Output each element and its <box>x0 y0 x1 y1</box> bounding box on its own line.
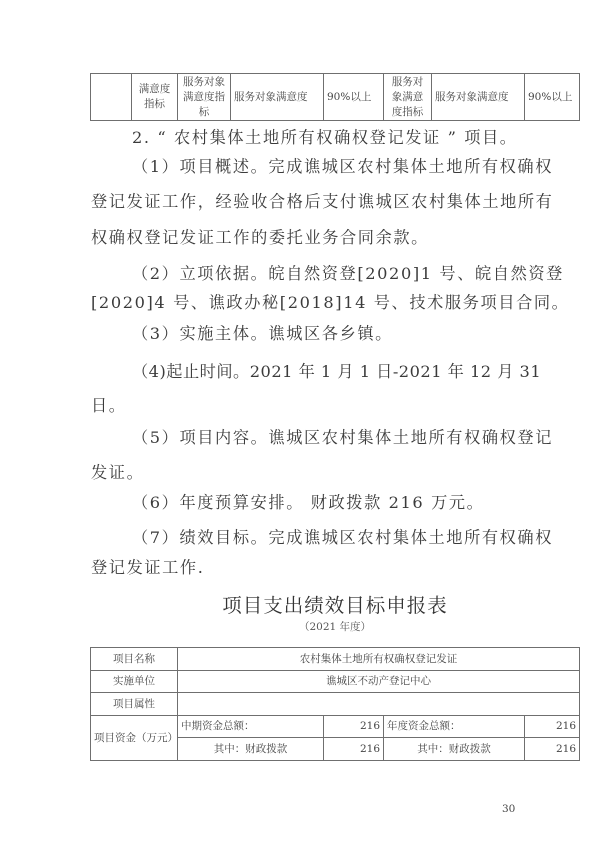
paragraph-line: （3）实施主体。谯城区各乡镇。 <box>132 320 393 344</box>
unit-label: 实施单位 <box>91 671 178 693</box>
annual-fiscal-value: 216 <box>525 738 580 761</box>
table-cell <box>91 74 132 121</box>
annual-total-value: 216 <box>525 716 580 738</box>
paragraph-line: （2）立项依据。皖自然资登[2020]1 号、皖自然资登 <box>132 260 564 284</box>
project-name-value: 农村集体土地所有权确权登记发证 <box>178 648 580 671</box>
paragraph-line: （5）项目内容。谯城区农村集体土地所有权确权登记 <box>132 424 553 448</box>
table-cell: 服务对象满意度指标 <box>178 74 231 121</box>
table-cell: 服务对象满意度 <box>432 74 525 121</box>
paragraph-line: 登记发证工作，经验收合格后支付谯城区农村集体土地所有 <box>91 188 553 212</box>
midterm-total-label: 中期资金总额： <box>178 716 324 738</box>
midterm-fiscal-value: 216 <box>324 738 384 761</box>
table-row: 项目属性 <box>91 693 580 716</box>
table-cell: 服务对象满意度 <box>231 74 324 121</box>
paragraph-line: 发证。 <box>91 459 144 483</box>
form-subtitle: （2021 年度） <box>0 619 600 634</box>
attribute-label: 项目属性 <box>91 693 178 716</box>
attribute-value <box>178 693 580 716</box>
table-row: 项目资金（万元） 中期资金总额： 216 年度资金总额： 216 <box>91 716 580 738</box>
performance-target-table: 项目名称 农村集体土地所有权确权登记发证 实施单位 谯城区不动产登记中心 项目属… <box>90 647 580 761</box>
form-title: 项目支出绩效目标申报表 <box>0 590 600 618</box>
paragraph-line: （4)起止时间。2021 年 1 月 1 日-2021 年 12 月 31 <box>132 358 541 382</box>
table-cell: 90%以上 <box>525 74 580 121</box>
project-name-label: 项目名称 <box>91 648 178 671</box>
unit-value: 谯城区不动产登记中心 <box>178 671 580 693</box>
midterm-total-value: 216 <box>324 716 384 738</box>
paragraph-line: 登记发证工作. <box>91 554 204 578</box>
table-row: 项目名称 农村集体土地所有权确权登记发证 <box>91 648 580 671</box>
paragraph-line: （1）项目概述。完成谯城区农村集体土地所有权确权 <box>132 153 553 177</box>
paragraph-line: （6）年度预算安排。 财政拨款 216 万元。 <box>132 489 484 513</box>
paragraph-line: [2020]4 号、谯政办秘[2018]14 号、技术服务项目合同。 <box>91 289 569 313</box>
table-cell: 服务对象满意度指标 <box>384 74 432 121</box>
table-row: 满意度指标 服务对象满意度指标 服务对象满意度 90%以上 服务对象满意度指标 … <box>91 74 580 121</box>
paragraph-line: 权确权登记发证工作的委托业务合同余款。 <box>91 224 429 248</box>
table-cell: 满意度指标 <box>132 74 178 121</box>
funds-label: 项目资金（万元） <box>91 716 178 761</box>
satisfaction-indicator-table: 满意度指标 服务对象满意度指标 服务对象满意度 90%以上 服务对象满意度指标 … <box>90 73 580 121</box>
paragraph-line: （7）绩效目标。完成谯城区农村集体土地所有权确权 <box>132 524 553 548</box>
page-number: 30 <box>502 803 515 815</box>
section-heading: 2. “ 农村集体土地所有权确权登记发证 ” 项目。 <box>132 124 518 148</box>
midterm-fiscal-label: 其中：财政拨款 <box>178 738 324 761</box>
table-row: 实施单位 谯城区不动产登记中心 <box>91 671 580 693</box>
table-cell: 90%以上 <box>324 74 384 121</box>
annual-fiscal-label: 其中：财政拨款 <box>384 738 525 761</box>
paragraph-line: 日。 <box>91 392 127 416</box>
annual-total-label: 年度资金总额： <box>384 716 525 738</box>
